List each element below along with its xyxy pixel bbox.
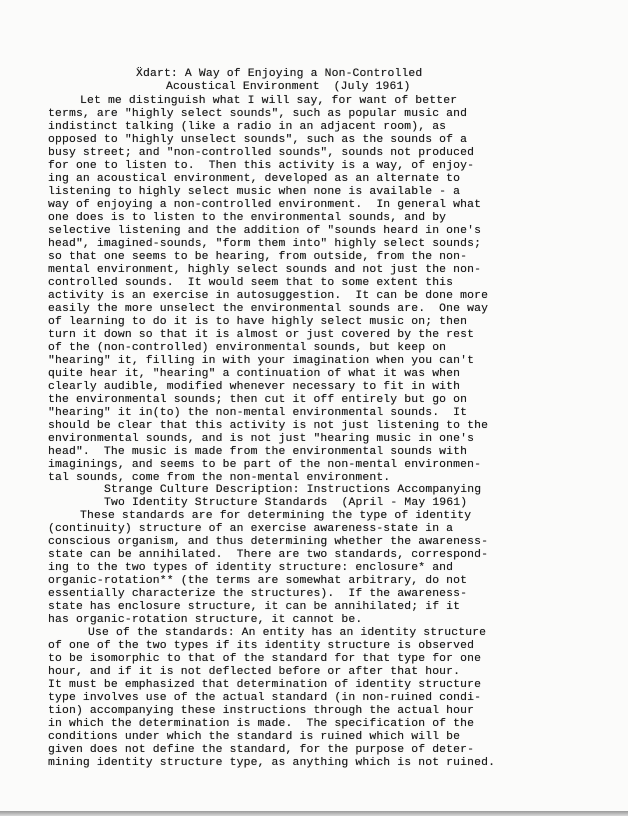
section2-body-line: tion) accompanying these instructions th… [48,705,474,719]
section1-body-line: Let me distinguish what I will say, for … [80,95,457,109]
section1-body-line: "hearing" it, filling in with your imagi… [48,355,474,369]
section2-body-line: to be isomorphic to that of the standard… [48,653,481,667]
section2-body-line: conditions under which the standard is r… [48,731,460,745]
section1-body-line: imaginings, and seems to be part of the … [48,459,481,473]
section1-body-line: mental environment, highly select sounds… [48,264,481,278]
section2-body-line: It must be emphasized that determination… [48,679,481,693]
section1-body-line: opposed to "highly unselect sounds", suc… [48,134,467,148]
section1-body-line: turn it down so that it is almost or jus… [48,329,474,343]
section2-title-line-1: Strange Culture Description: Instruction… [104,484,481,498]
section2-body-line: hour, and if it is not deflected before … [48,666,460,680]
document-page: Ẍdart: A Way of Enjoying a Non-Controlle… [0,0,628,812]
section1-body-line: easily the more unselect the environment… [48,303,488,317]
section2-body-line: ing to the two types of identity structu… [48,562,453,576]
section1-body-line: so that one seems to be hearing, from ou… [48,251,467,265]
section1-body-line: head", imagined-sounds, "form them into"… [48,238,481,252]
section2-body-line: conscious organism, and thus determining… [48,536,488,550]
section2-body-line: Use of the standards: An entity has an i… [88,627,486,641]
section2-body-line: in which the determination is made. The … [48,718,474,732]
section1-title-line-1: Ẍdart: A Way of Enjoying a Non-Controlle… [136,68,422,82]
section2-body-line: mining identity structure type, as anyth… [48,757,495,771]
section2-body-line: of one of the two types if its identity … [48,640,474,654]
section2-title-line-2: Two Identity Structure Standards (April … [104,497,467,511]
section1-body-line: busy street; and "non-controlled sounds"… [48,147,474,161]
section2-body-line: state has enclosure structure, it can be… [48,601,460,615]
section2-body-line: essentially characterize the structures)… [48,588,467,602]
section1-body-line: should be clear that this activity is no… [48,420,488,434]
section1-body-line: for one to listen to. Then this activity… [48,160,474,174]
section1-body-line: one does is to listen to the environment… [48,212,446,226]
section1-body-line: ing an acoustical environment, developed… [48,173,460,187]
section2-body-line: has organic-rotation structure, it canno… [48,614,362,628]
section1-body-line: terms, are "highly select sounds", such … [48,108,467,122]
section2-body-line: state can be annihilated. There are two … [48,549,488,563]
section1-body-line: way of enjoying a non-controlled environ… [48,199,481,213]
section1-body-line: environmental sounds, and is not just "h… [48,433,474,447]
section1-body-line: quite hear it, "hearing" a continuation … [48,368,460,382]
section1-body-line: "hearing" it in(to) the non-mental envir… [48,407,467,421]
section1-body-line: head". The music is made from the enviro… [48,446,467,460]
section2-body-line: given does not define the standard, for … [48,744,474,758]
section2-body-line: organic-rotation** (the terms are somewh… [48,575,467,589]
section1-body-line: of the (non-controlled) environmental so… [48,342,446,356]
section1-body-line: activity is an exercise in autosuggestio… [48,290,488,304]
section1-body-line: indistinct talking (like a radio in an a… [48,121,446,135]
section1-body-line: controlled sounds. It would seem that to… [48,277,453,291]
page-bottom-edge [0,811,628,816]
section1-body-line: selective listening and the addition of … [48,225,481,239]
section1-body-line: the environmental sounds; then cut it of… [48,394,467,408]
section1-body-line: listening to highly select music when no… [48,186,460,200]
section1-body-line: of learning to do it is to have highly s… [48,316,467,330]
section2-body-line: These standards are for determining the … [80,510,471,524]
section2-body-line: type involves use of the actual standard… [48,692,481,706]
section2-body-line: (continuity) structure of an exercise aw… [48,523,453,537]
section1-title-line-2: Acoustical Environment (July 1961) [166,81,411,95]
section1-body-line: clearly audible, modified whenever neces… [48,381,460,395]
